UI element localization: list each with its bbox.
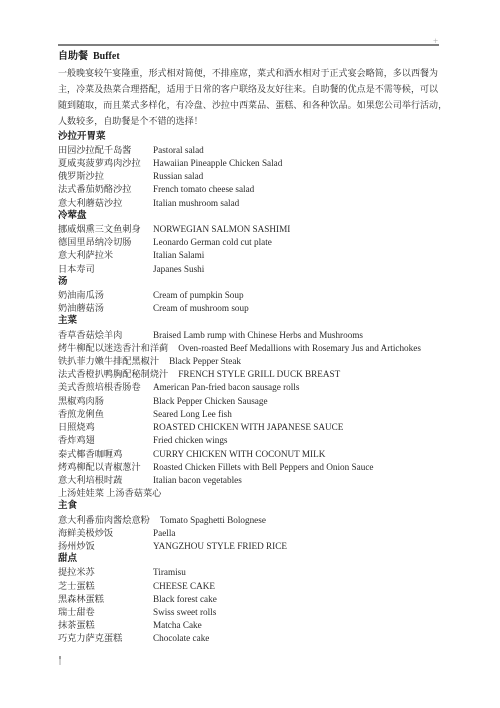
dish-name-zh: 奶油蘑菇汤 [58, 302, 153, 315]
menu-item-row: 夏威夷菠萝鸡肉沙拉Hawaiian Pineapple Chicken Sala… [58, 157, 444, 170]
dish-name-en: Hawaiian Pineapple Chicken Salad [153, 157, 282, 170]
menu-item-row: 香炸鸡翅Fried chicken wings [58, 434, 444, 447]
dish-name-en: Seared Long Lee fish [153, 408, 232, 421]
dish-name-en: Pastoral salad [153, 144, 204, 157]
dish-name-en: Roasted Chicken Fillets with Bell Pepper… [153, 461, 373, 474]
menu-item-row: 香草香菇烩羊肉Braised Lamb rump with Chinese He… [58, 329, 444, 342]
dish-name-zh: 意大利蘑菇沙拉 [58, 197, 153, 210]
menu-item-row: 铁扒菲力嫩牛排配黑椒汁Black Pepper Steak [58, 355, 444, 368]
menu-item-row: 泰式椰香咖喱鸡CURRY CHICKEN WITH COCONUT MILK [58, 448, 444, 461]
menu-item-row: 德国里昂纳冷切肠Leonardo German cold cut plate [58, 236, 444, 249]
dish-name-zh: 奶油南瓜汤 [58, 289, 153, 302]
section-header: 沙拉开胃菜 [58, 131, 444, 144]
menu-item-row: 上汤娃娃菜 上汤香菇菜心 [58, 487, 444, 500]
dish-name-en: Black Pepper Chicken Sausage [153, 395, 268, 408]
intro-line: 主，冷菜及热菜合理搭配，适用于日常的客户联络及友好往来。自助餐的优点是不需等候，… [58, 82, 444, 98]
menu-item-row: 意大利蘑菇沙拉Italian mushroom salad [58, 197, 444, 210]
page-title-en: Buffet [93, 51, 120, 62]
dish-name-zh: 烤鸡柳配以青椒葱汁 [58, 461, 153, 474]
dish-name-zh: 铁扒菲力嫩牛排配黑椒汁 [58, 355, 169, 368]
dish-name-zh: 香草香菇烩羊肉 [58, 329, 153, 342]
page-title: 自助餐Buffet [58, 50, 444, 64]
menu-item-row: 芝士蛋糕CHEESE CAKE [58, 580, 444, 593]
top-horizontal-rule [58, 44, 439, 46]
dish-name-en: Leonardo German cold cut plate [153, 236, 272, 249]
dish-name-zh: 意大利番茄肉酱烩意粉 [58, 514, 160, 527]
dish-name-zh: 夏威夷菠萝鸡肉沙拉 [58, 157, 153, 170]
dish-name-zh: 泰式椰香咖喱鸡 [58, 448, 153, 461]
menu-item-row: 俄罗斯沙拉Russian salad [58, 170, 444, 183]
menu-item-row: 日照烧鸡ROASTED CHICKEN WITH JAPANESE SAUCE [58, 421, 444, 434]
section-header: 汤 [58, 276, 444, 289]
dish-name-zh: 德国里昂纳冷切肠 [58, 236, 153, 249]
dish-name-en: CURRY CHICKEN WITH COCONUT MILK [153, 448, 325, 461]
dish-name-en: Swiss sweet rolls [153, 606, 216, 619]
dish-name-en: Oven-roasted Beef Medallions with Rosema… [178, 342, 421, 355]
menu-item-row: 法式香橙扒鸭胸配秘制烧汁FRENCH STYLE GRILL DUCK BREA… [58, 368, 444, 381]
dish-name-en: Cream of pumpkin Soup [153, 289, 244, 302]
intro-line: 人数较多，自助餐是个不错的选择！ [58, 114, 444, 130]
menu-item-row: 烤牛柳配以迷迭香汁和洋蓟Oven-roasted Beef Medallions… [58, 342, 444, 355]
dish-name-en: Braised Lamb rump with Chinese Herbs and… [153, 329, 363, 342]
rule-end-plus-mark: + [433, 37, 438, 46]
menu-item-row: 奶油南瓜汤Cream of pumpkin Soup [58, 289, 444, 302]
dish-name-en: Fried chicken wings [153, 434, 228, 447]
dish-name-zh: 香煎龙俐鱼 [58, 408, 153, 421]
page-title-zh: 自助餐 [58, 51, 88, 62]
dish-name-en: Russian salad [153, 170, 203, 183]
menu-item-row: 意大利番茄肉酱烩意粉Tomato Spaghetti Bolognese [58, 514, 444, 527]
dish-name-en: Black forest cake [153, 593, 217, 606]
menu-item-row: 香煎龙俐鱼Seared Long Lee fish [58, 408, 444, 421]
intro-paragraph: 一般晚宴较午宴隆重，形式相对简便，不排座席，菜式和酒水相对于正式宴会略简，多以西… [58, 66, 444, 130]
document-content: 自助餐Buffet 一般晚宴较午宴隆重，形式相对简便，不排座席，菜式和酒水相对于… [58, 50, 444, 646]
menu-item-row: 日本寿司Japanes Sushi [58, 263, 444, 276]
menu-item-row: 海鲜美极炒饭Paella [58, 527, 444, 540]
dish-name-en: French tomato cheese salad [153, 183, 254, 196]
dish-name-en: Italian mushroom salad [153, 197, 239, 210]
dish-name-zh: 田园沙拉配千岛酱 [58, 144, 153, 157]
section-header: 主菜 [58, 315, 444, 328]
footer-mark [59, 656, 61, 665]
dish-name-zh: 黑椒鸡肉肠 [58, 395, 153, 408]
menu-list: 沙拉开胃菜田园沙拉配千岛酱Pastoral salad夏威夷菠萝鸡肉沙拉Hawa… [58, 131, 444, 646]
section-header: 冷荤盘 [58, 210, 444, 223]
menu-item-row: 法式番茄奶酪沙拉French tomato cheese salad [58, 183, 444, 196]
dish-name-zh: 黑森林蛋糕 [58, 593, 153, 606]
menu-item-row: 巧克力萨克蛋糕Chocolate cake [58, 632, 444, 645]
dish-name-zh: 巧克力萨克蛋糕 [58, 632, 153, 645]
menu-item-row: 美式香煎培根香肠卷American Pan-fried bacon sausag… [58, 381, 444, 394]
section-header: 主食 [58, 500, 444, 513]
dish-name-en: Chocolate cake [153, 632, 209, 645]
dish-name-en: Black Pepper Steak [169, 355, 241, 368]
dish-name-zh: 美式香煎培根香肠卷 [58, 381, 153, 394]
dish-name-en: Italian Salami [153, 249, 204, 262]
menu-item-row: 抹茶蛋糕Matcha Cake [58, 619, 444, 632]
menu-item-row: 瑞士甜卷Swiss sweet rolls [58, 606, 444, 619]
dish-name-zh: 瑞士甜卷 [58, 606, 153, 619]
intro-line: 一般晚宴较午宴隆重，形式相对简便，不排座席，菜式和酒水相对于正式宴会略简，多以西… [58, 66, 444, 82]
dish-name-zh: 上汤娃娃菜 上汤香菇菜心 [58, 487, 171, 500]
dish-name-zh: 香炸鸡翅 [58, 434, 153, 447]
dish-name-zh: 烤牛柳配以迷迭香汁和洋蓟 [58, 342, 178, 355]
menu-item-row: 扬州炒饭YANGZHOU STYLE FRIED RICE [58, 540, 444, 553]
dish-name-en: CHEESE CAKE [153, 580, 215, 593]
dish-name-zh: 挪威烟熏三文鱼刺身 [58, 223, 153, 236]
dish-name-en: Tiramisu [153, 566, 186, 579]
dish-name-en: Italian bacon vegetables [153, 474, 242, 487]
dish-name-en: ROASTED CHICKEN WITH JAPANESE SAUCE [153, 421, 343, 434]
dish-name-en: Paella [153, 527, 175, 540]
menu-item-row: 烤鸡柳配以青椒葱汁Roasted Chicken Fillets with Be… [58, 461, 444, 474]
dish-name-en: FRENCH STYLE GRILL DUCK BREAST [178, 368, 340, 381]
dish-name-en: YANGZHOU STYLE FRIED RICE [153, 540, 287, 553]
section-header: 甜点 [58, 553, 444, 566]
menu-item-row: 黑椒鸡肉肠Black Pepper Chicken Sausage [58, 395, 444, 408]
dish-name-en: Japanes Sushi [153, 263, 204, 276]
dish-name-zh: 抹茶蛋糕 [58, 619, 153, 632]
dish-name-zh: 俄罗斯沙拉 [58, 170, 153, 183]
dish-name-zh: 日本寿司 [58, 263, 153, 276]
menu-item-row: 意大利培根时蔬Italian bacon vegetables [58, 474, 444, 487]
menu-item-row: 田园沙拉配千岛酱Pastoral salad [58, 144, 444, 157]
dish-name-en: Cream of mushroom soup [153, 302, 249, 315]
menu-item-row: 挪威烟熏三文鱼刺身NORWEGIAN SALMON SASHIMI [58, 223, 444, 236]
document-page: + 自助餐Buffet 一般晚宴较午宴隆重，形式相对简便，不排座席，菜式和酒水相… [0, 0, 500, 708]
dish-name-zh: 法式番茄奶酪沙拉 [58, 183, 153, 196]
menu-item-row: 奶油蘑菇汤Cream of mushroom soup [58, 302, 444, 315]
menu-item-row: 黑森林蛋糕Black forest cake [58, 593, 444, 606]
dish-name-en: Tomato Spaghetti Bolognese [160, 514, 266, 527]
dish-name-en: American Pan-fried bacon sausage rolls [153, 381, 299, 394]
dish-name-zh: 扬州炒饭 [58, 540, 153, 553]
dish-name-zh: 芝士蛋糕 [58, 580, 153, 593]
dish-name-zh: 提拉米苏 [58, 566, 153, 579]
dish-name-zh: 意大利培根时蔬 [58, 474, 153, 487]
intro-line: 随到随取，而且菜式多样化，有冷盘、沙拉中西菜品、蛋糕、和各种饮品。如果您公司举行… [58, 98, 444, 114]
dish-name-en: Matcha Cake [153, 619, 202, 632]
dish-name-en: NORWEGIAN SALMON SASHIMI [153, 223, 290, 236]
dish-name-zh: 日照烧鸡 [58, 421, 153, 434]
menu-item-row: 提拉米苏Tiramisu [58, 566, 444, 579]
dish-name-zh: 海鲜美极炒饭 [58, 527, 153, 540]
menu-item-row: 意大利萨拉米Italian Salami [58, 249, 444, 262]
dish-name-zh: 意大利萨拉米 [58, 249, 153, 262]
dish-name-zh: 法式香橙扒鸭胸配秘制烧汁 [58, 368, 178, 381]
